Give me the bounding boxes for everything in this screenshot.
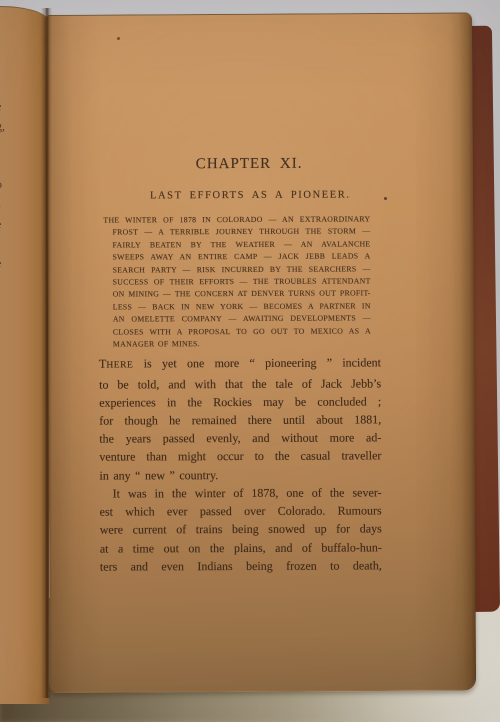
summary-line: LESS — BACK IN NEW YORK — BECOMES A PART… [104, 300, 371, 314]
fragment-char: e [0, 97, 10, 117]
summary-line: SUCCESS OF THEIR EFFORTS — THE TROUBLES … [104, 275, 371, 289]
body-line: est which ever passed over Colorado. Rum… [100, 501, 382, 520]
paper-speck [384, 197, 387, 200]
body-line: to be told, and with that the tale of Ja… [99, 374, 381, 393]
fragment-char: g, [0, 117, 10, 137]
summary-line: SWEEPS AWAY AN ENTIRE CAMP — JACK JEBB L… [104, 251, 371, 265]
chapter-subtitle: LAST EFFORTS AS A PIONEER. [109, 189, 391, 201]
body-line: the years passed evenly, and without mor… [99, 429, 381, 448]
page-fore-edge [450, 13, 476, 689]
fragment-char: l [0, 234, 10, 254]
body-line: experiences in the Rockies may be conclu… [99, 392, 381, 411]
first-line-rest: is yet one more “ pioneering ” incident [133, 356, 381, 371]
summary-line: AN OMELETTE COMPANY — AWAITING DEVELOPME… [104, 313, 371, 327]
fragment-char: - [0, 156, 10, 176]
body-line: at a time out on the plains, and of buff… [100, 538, 382, 557]
facing-page-text-fragments: e g, t - o s e l e [0, 97, 10, 273]
fragment-char: e [0, 254, 10, 274]
summary-line: FAIRLY BEATEN BY THE WEATHER — AN AVALAN… [103, 238, 370, 252]
page-gutter [41, 8, 52, 698]
fragment-char: s [0, 195, 10, 215]
body-line: ters and even Indians being frozen to de… [100, 556, 382, 575]
body-line: It was in the winter of 1878, one of the… [100, 483, 382, 502]
book-photo-scene: e g, t - o s e l e CHAPTER XI. LAST EFFO… [0, 0, 500, 722]
summary-line: THE WINTER OF 1878 IN COLORADO — AN EXTR… [103, 213, 370, 227]
fragment-char: e [0, 215, 10, 235]
page-content: CHAPTER XI. LAST EFFORTS AS A PIONEER. T… [98, 149, 382, 575]
fragment-char: t [0, 136, 10, 156]
paper-speck [117, 37, 120, 40]
paragraph-1: THERE is yet one more “ pioneering ” inc… [99, 354, 382, 485]
body-text: THERE is yet one more “ pioneering ” inc… [99, 354, 382, 576]
paragraph-2: It was in the winter of 1878, one of the… [100, 483, 382, 575]
body-line: venture than might occur to the casual t… [99, 447, 381, 466]
fragment-char: o [0, 175, 10, 195]
body-line: were current of trains being snowed up f… [100, 520, 382, 539]
chapter-heading: CHAPTER XI. [108, 155, 390, 173]
summary-line: SEARCH PARTY — RISK INCURRED BY THE SEAR… [104, 263, 371, 277]
summary-line: MANAGER OF MINES. [104, 337, 371, 351]
summary-line: ON MINING — THE CONCERN AT DENVER TURNS … [104, 288, 371, 302]
chapter-summary: THE WINTER OF 1878 IN COLORADO — AN EXTR… [103, 213, 371, 351]
body-line: for though he remained there until about… [99, 410, 381, 429]
body-line: in any “ new ” country. [99, 465, 381, 484]
summary-line: FROST — A TERRIBLE JOURNEY THROUGH THE S… [103, 226, 370, 240]
small-caps-word: HERE [106, 360, 133, 371]
summary-line: CLOSES WITH A PROPOSAL TO GO OUT TO MEXI… [104, 325, 371, 339]
body-line: THERE is yet one more “ pioneering ” inc… [99, 354, 381, 375]
